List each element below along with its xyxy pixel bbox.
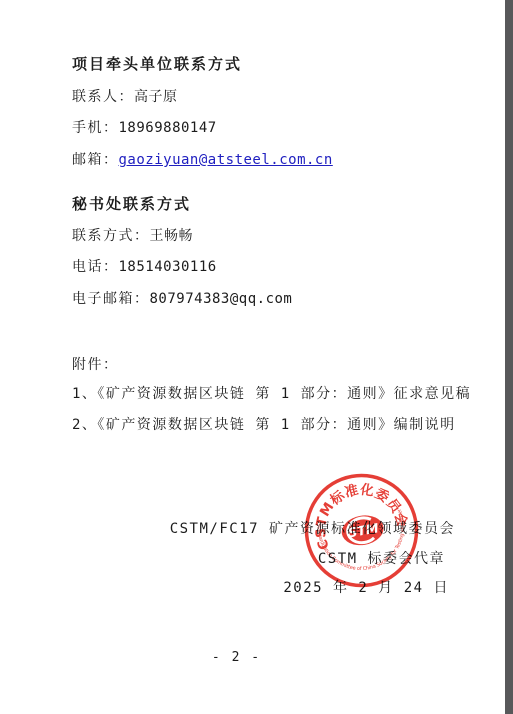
- lead-email-link[interactable]: gaoziyuan@atsteel.com.cn: [119, 152, 333, 168]
- attachment-item-2: 2、《矿产资源数据区块链 第 1 部分：通则》编制说明: [72, 417, 456, 434]
- lead-mobile-label: 手机：: [72, 120, 119, 136]
- lead-email-line: 邮箱：gaoziyuan@atsteel.com.cn: [72, 152, 333, 169]
- lead-section-heading: 项目牵头单位联系方式: [72, 56, 242, 73]
- signature-seal-note: CSTM 标委会代章: [318, 551, 445, 568]
- lead-contact-line: 联系人：高子原: [72, 89, 178, 106]
- secretariat-contact-line: 联系方式：王畅畅: [72, 228, 193, 245]
- secretariat-email-line: 电子邮箱：807974383@qq.com: [72, 291, 292, 308]
- attachment-item-1: 1、《矿产资源数据区块链 第 1 部分：通则》征求意见稿: [72, 386, 471, 403]
- page-number: - 2 -: [0, 650, 473, 665]
- lead-contact-name: 高子原: [134, 89, 178, 105]
- secretariat-email-label: 电子邮箱：: [72, 291, 150, 307]
- lead-mobile-line: 手机：18969880147: [72, 120, 217, 137]
- secretariat-phone-line: 电话：18514030116: [72, 259, 217, 276]
- page-right-edge: [505, 0, 513, 714]
- secretariat-contact-label: 联系方式：: [72, 228, 150, 244]
- secretariat-email-address: 807974383@qq.com: [150, 291, 293, 307]
- lead-email-label: 邮箱：: [72, 152, 119, 168]
- lead-contact-label: 联系人：: [72, 89, 134, 105]
- secretariat-phone-label: 电话：: [72, 259, 119, 275]
- secretariat-contact-name: 王畅畅: [150, 228, 194, 244]
- attachments-heading: 附件：: [72, 357, 119, 374]
- secretariat-phone-number: 18514030116: [119, 259, 217, 275]
- lead-mobile-number: 18969880147: [119, 120, 217, 136]
- stamp-top-arc-text: CSTM标准化委员会: [306, 473, 413, 552]
- signature-organization: CSTM/FC17 矿产资源标准化领域委员会: [170, 521, 455, 538]
- signature-date: 2025 年 2 月 24 日: [283, 580, 449, 597]
- secretariat-section-heading: 秘书处联系方式: [72, 196, 191, 213]
